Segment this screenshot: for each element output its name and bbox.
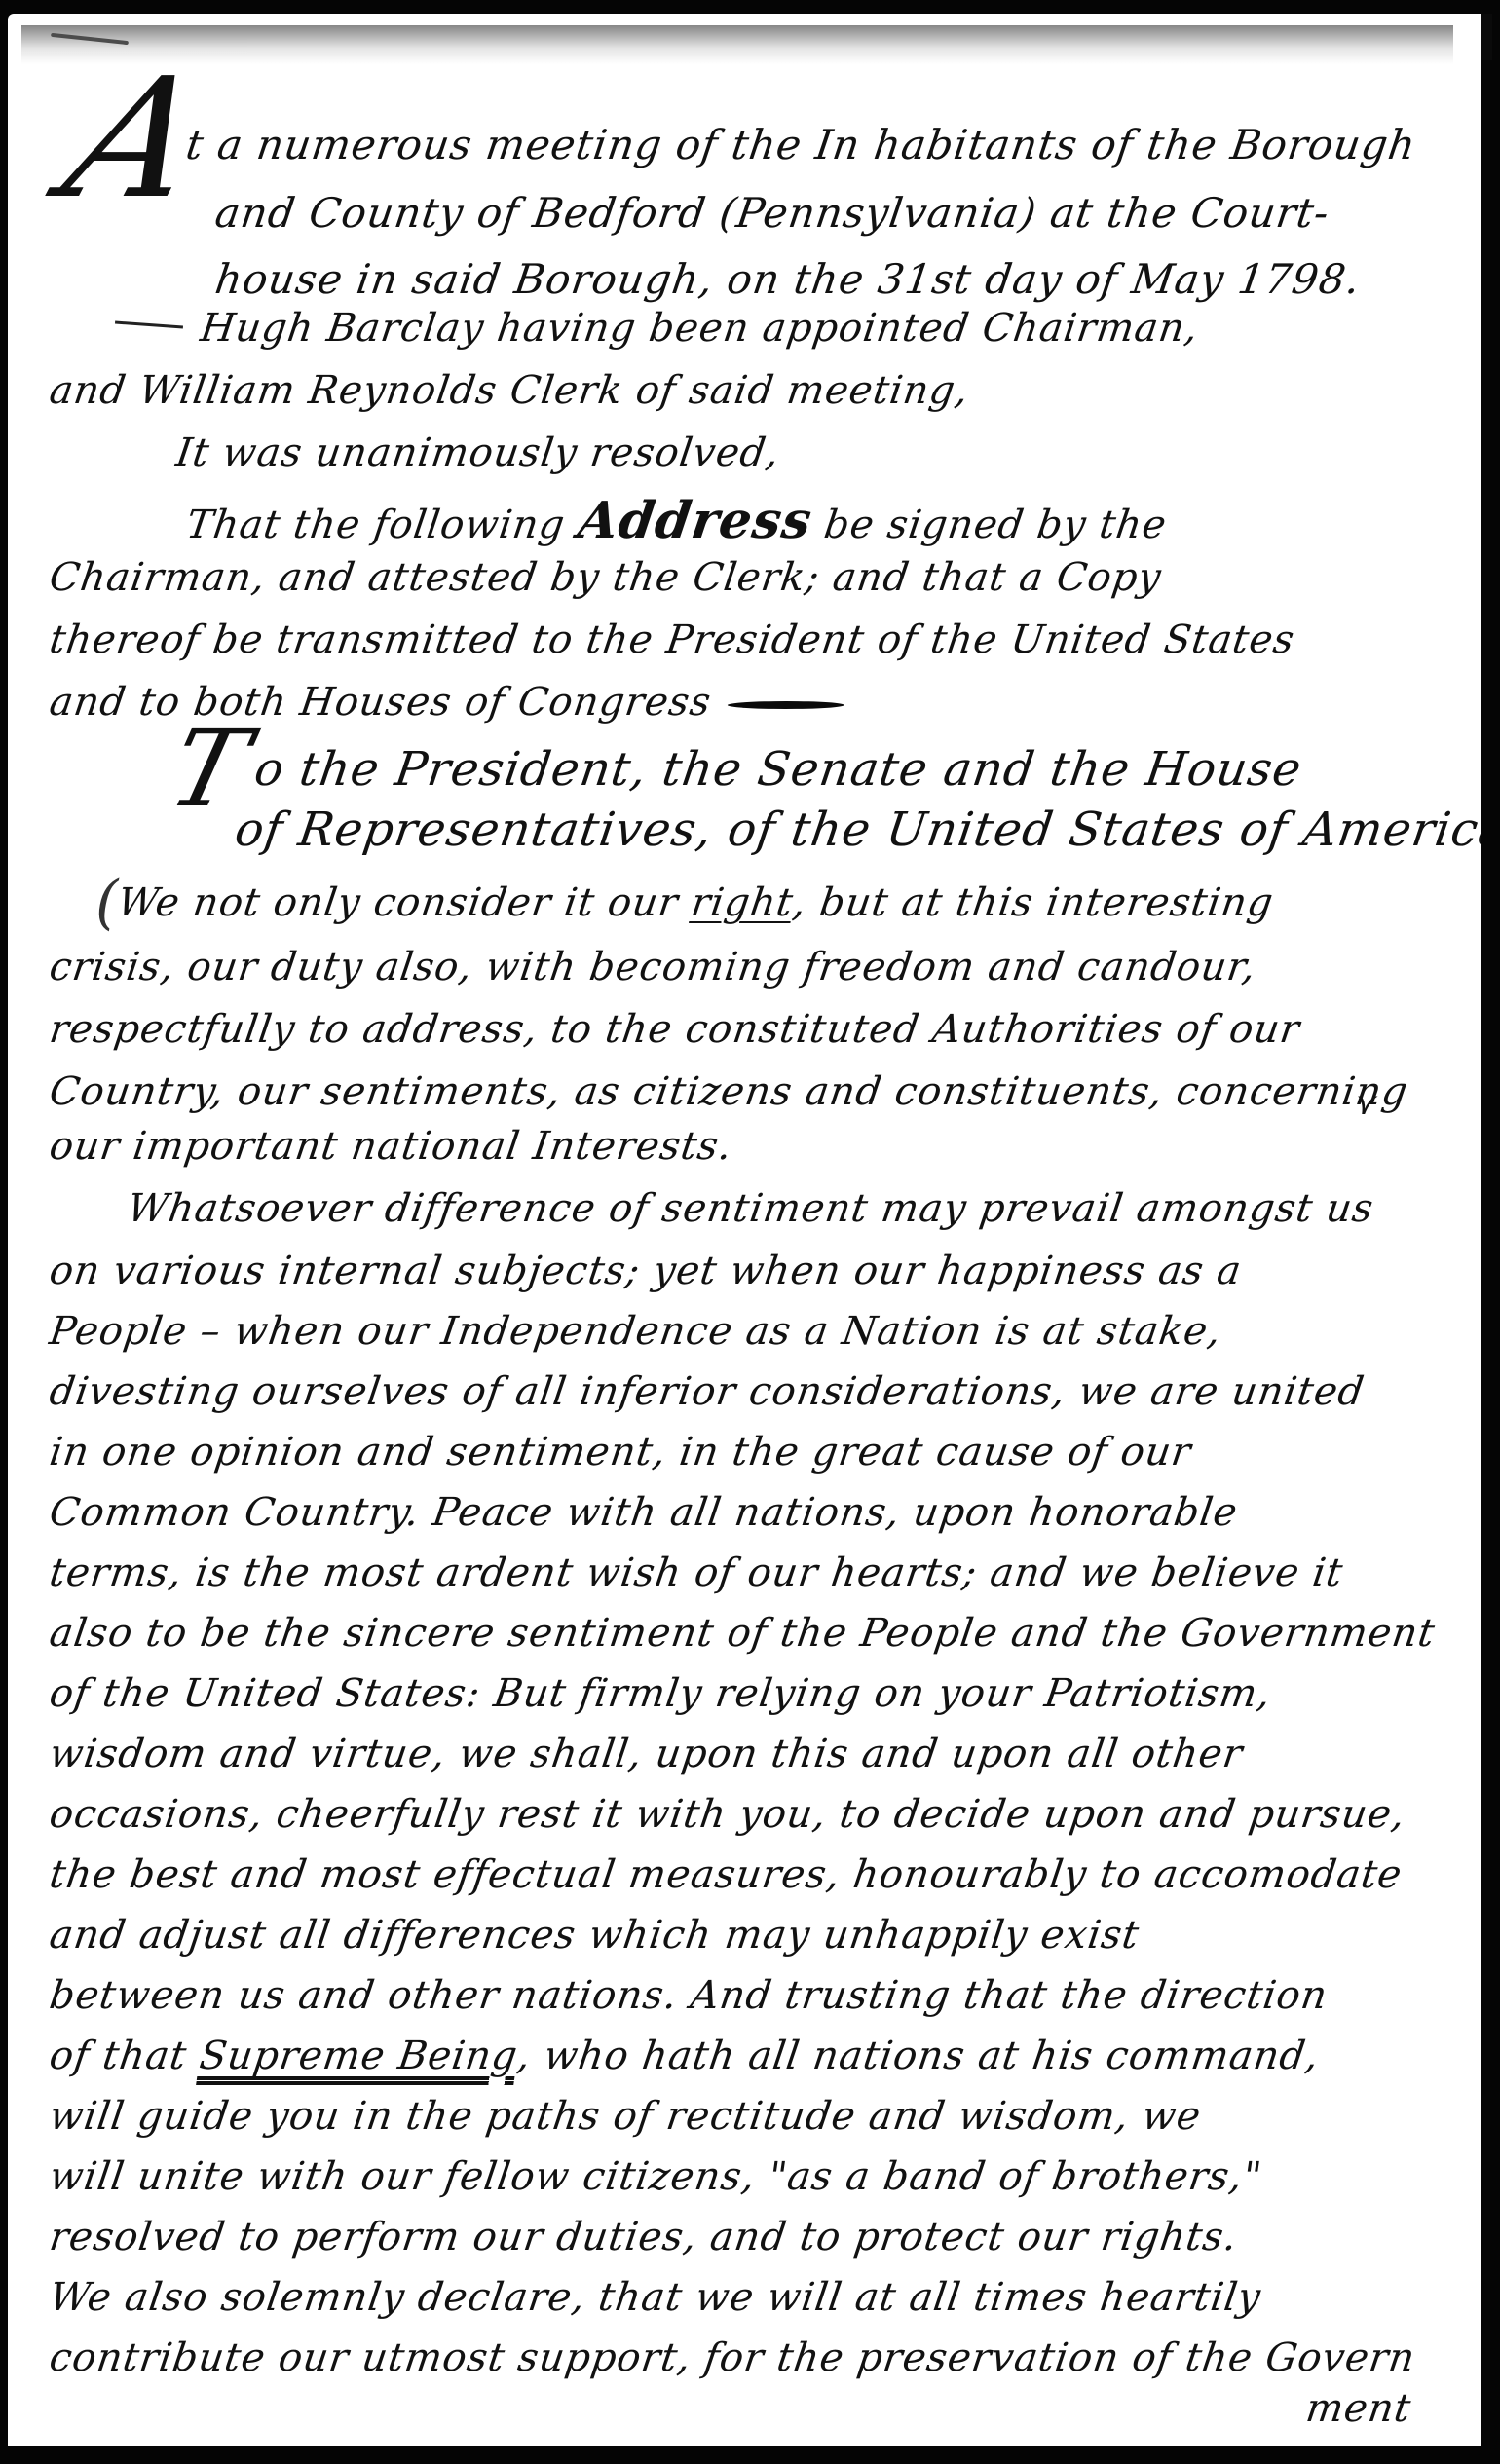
body-line-14: of the United States: But firmly relying… [47, 1671, 1274, 1716]
body-line-20: of that Supreme Being, who hath all nati… [47, 2034, 1322, 2078]
body-line-15: wisdom and virtue, we shall, upon this a… [47, 1732, 1246, 1776]
resolution-line-2: Chairman, and attested by the Clerk; and… [47, 555, 1164, 600]
resolution-line-3: thereof be transmitted to the President … [47, 617, 1297, 662]
supreme-being-phrase: Supreme Being [197, 2034, 521, 2078]
resolution-text-c: and to both Houses of Congress [47, 680, 714, 725]
body-line-5: our important national Interests. [47, 1124, 735, 1169]
body-line-1: We not only consider it our right, but a… [115, 880, 1277, 925]
body-line-13: also to be the sincere sentiment of the … [47, 1611, 1438, 1656]
address-word: Address [575, 491, 816, 550]
body-line-7: on various internal subjects; yet when o… [47, 1249, 1245, 1293]
heading-line-2: of Representatives, of the United States… [232, 803, 1481, 857]
body-line-4: Country, our sentiments, as citizens and… [47, 1069, 1411, 1114]
resolution-text-b: be signed by the [821, 503, 1170, 547]
preamble-line-2: and County of Bedford (Pennsylvania) at … [212, 189, 1332, 237]
manuscript-page: A t a numerous meeting of the In habitan… [8, 14, 1481, 2446]
body-text: , who hath all nations at his command, [514, 2034, 1322, 2078]
body-line-2: crisis, our duty also, with becoming fre… [47, 945, 1259, 989]
right-word: right [689, 880, 797, 925]
preamble-line-1: t a numerous meeting of the In habitants… [183, 121, 1419, 168]
body-line-19: between us and other nations. And trusti… [47, 1973, 1331, 2018]
margin-dash-mark [115, 321, 183, 329]
preamble-line-3: house in said Borough, on the 31st day o… [212, 255, 1364, 303]
ink-flourish [728, 701, 845, 709]
body-line-6: Whatsoever difference of sentiment may p… [125, 1186, 1376, 1231]
resolution-line-4: and to both Houses of Congress [47, 680, 848, 725]
body-line-16: occasions, cheerfully rest it with you, … [47, 1792, 1408, 1837]
body-line-17: the best and most effectual measures, ho… [47, 1852, 1406, 1897]
body-text: We not only consider it our [115, 880, 694, 925]
body-line-12: terms, is the most ardent wish of our he… [47, 1550, 1346, 1595]
body-line-3: respectfully to address, to the constitu… [47, 1007, 1303, 1052]
body-text: , but at this interesting [790, 880, 1276, 925]
heading-line-1: o the President, the Senate and the Hous… [251, 742, 1305, 797]
body-line-8: People – when our Independence as a Nati… [47, 1309, 1224, 1354]
resolution-line-1: That the following Address be signed by … [183, 491, 1171, 550]
body-line-11: Common Country. Peace with all nations, … [47, 1490, 1241, 1535]
margin-paren-mark: ( [95, 869, 118, 937]
scan-corner-mark [1481, 14, 1492, 60]
appointment-line-2: and William Reynolds Clerk of said meeti… [47, 368, 972, 413]
manuscript-text: A t a numerous meeting of the In habitan… [8, 14, 1481, 2446]
body-line-26: ment [1303, 2386, 1414, 2431]
body-line-9: divesting ourselves of all inferior cons… [47, 1369, 1368, 1414]
body-line-21: will guide you in the paths of rectitude… [47, 2094, 1204, 2139]
resolution-intro: It was unanimously resolved, [173, 430, 783, 475]
body-line-24: We also solemnly declare, that we will a… [47, 2275, 1264, 2320]
body-line-10: in one opinion and sentiment, in the gre… [47, 1430, 1194, 1475]
body-line-25: contribute our utmost support, for the p… [47, 2335, 1418, 2380]
body-line-23: resolved to perform our duties, and to p… [47, 2215, 1241, 2259]
appointment-line-1: Hugh Barclay having been appointed Chair… [198, 306, 1202, 351]
body-text: of that [47, 2034, 204, 2078]
body-line-18: and adjust all differences which may unh… [47, 1913, 1143, 1958]
resolution-text-a: That the following [183, 503, 568, 547]
body-line-22: will unite with our fellow citizens, "as… [47, 2154, 1265, 2199]
insertion-mark: ⋎ [1352, 1085, 1374, 1122]
